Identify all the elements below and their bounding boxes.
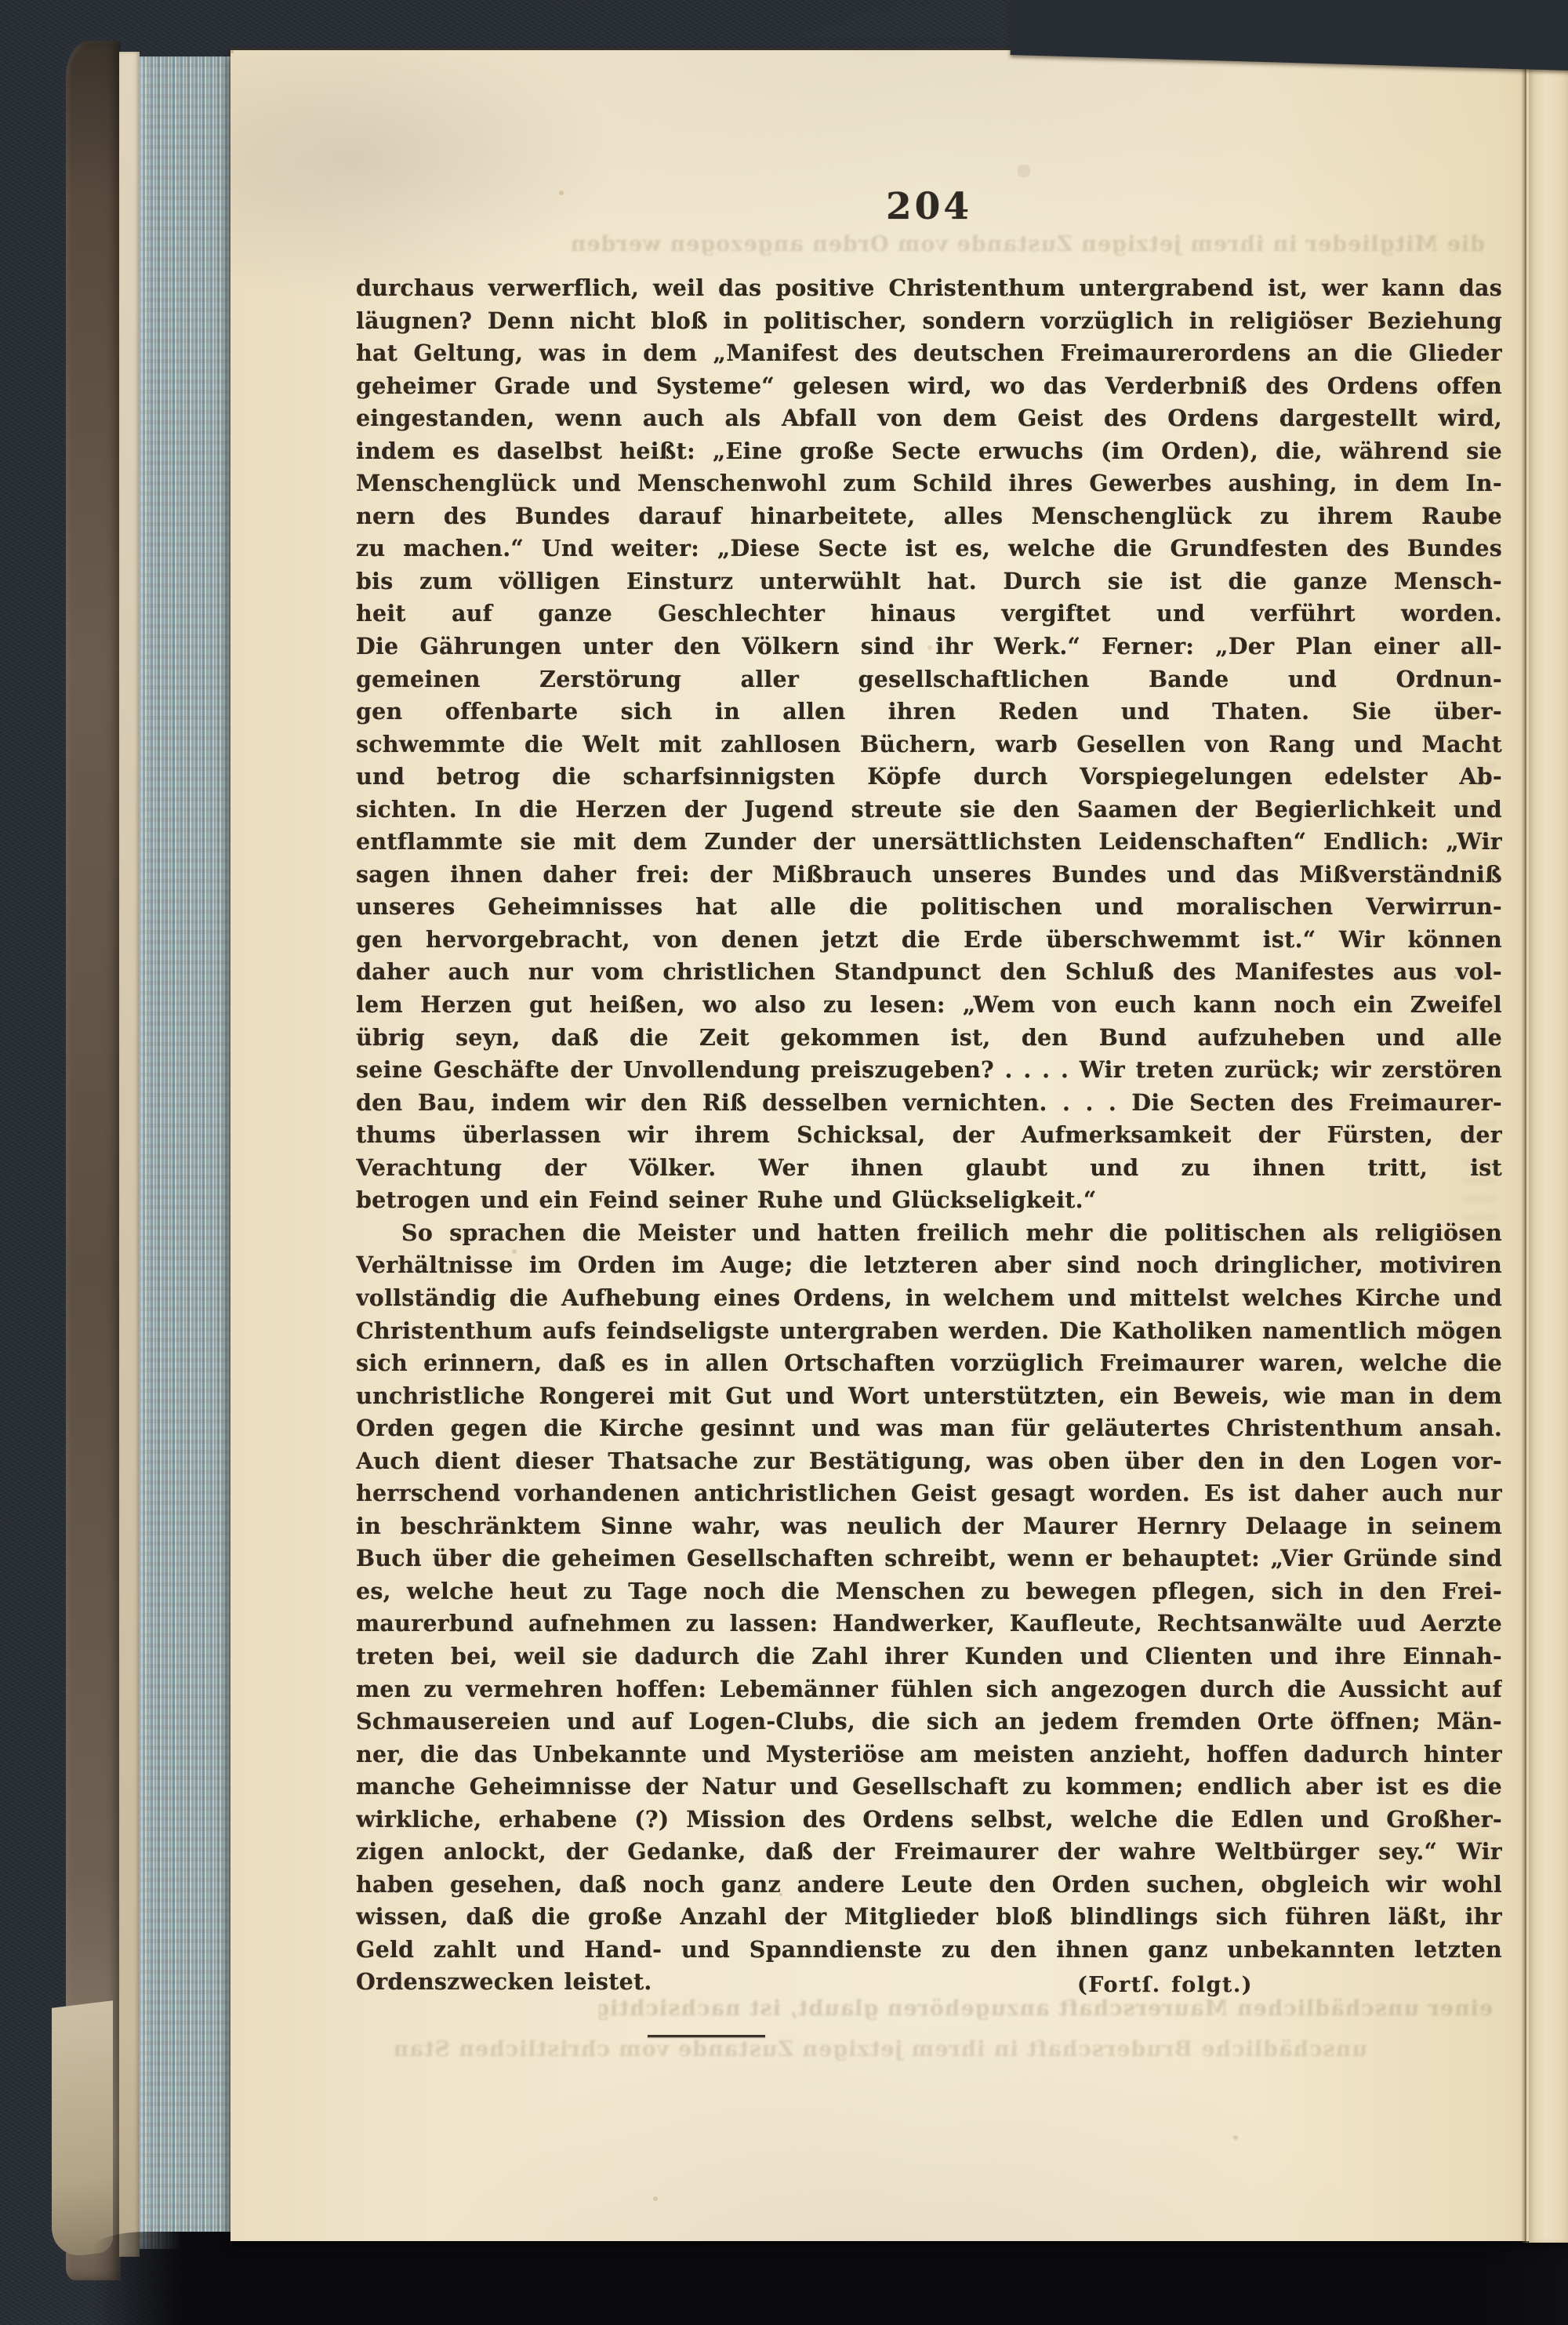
page-number: 204 (356, 185, 1502, 228)
text-line: läugnen? Denn nicht bloß in politischer,… (356, 307, 1502, 340)
page-block-edge (119, 52, 140, 2257)
page-crease (1521, 50, 1529, 2243)
text-line: zu machen.“ Und weiter: „Diese Secte ist… (356, 535, 1502, 568)
text-line: thums überlassen wir ihrem Schicksal, de… (356, 1121, 1502, 1154)
text-line: heit auf ganze Geschlechter hinaus vergi… (356, 600, 1502, 633)
text-line: in beschränktem Sinne wahr, was neulich … (356, 1513, 1502, 1546)
text-line: es, welche heut zu Tage noch die Mensche… (356, 1578, 1502, 1611)
text-line: daher auch nur vom christlichen Standpun… (356, 958, 1502, 991)
book-page: die Mitglieder in ihrem jetzigen Zustand… (230, 50, 1568, 2241)
paper-stains (230, 50, 234, 53)
text-line: gen hervorgebracht, von denen jetzt die … (356, 926, 1502, 959)
book-scan-photo: die Mitglieder in ihrem jetzigen Zustand… (0, 0, 1568, 2325)
text-line: Buch über die geheimen Gesellschaften sc… (356, 1545, 1502, 1578)
closing-text: Ordenszwecken leistet. (356, 1968, 652, 1995)
book-cover-bottom-corner (52, 2000, 113, 2259)
paragraph-1: durchaus verwerflich, weil das positive … (356, 274, 1502, 1219)
text-line: entflammte sie mit dem Zunder der unersä… (356, 828, 1502, 861)
text-line: Auch dient dieser Thatsache zur Bestätig… (356, 1448, 1502, 1480)
text-line: seine Geschäfte der Unvollendung preiszu… (356, 1056, 1502, 1089)
text-line: Verhältnisse im Orden im Auge; die letzt… (356, 1252, 1502, 1284)
text-line: ner, die das Unbekannte und Mysteriöse a… (356, 1741, 1502, 1774)
text-line: Orden gegen die Kirche gesinnt und was m… (356, 1415, 1502, 1448)
text-line: übrig seyn, daß die Zeit gekommen ist, d… (356, 1024, 1502, 1057)
text-line: Verachtung der Völker. Wer ihnen glaubt … (356, 1154, 1502, 1187)
text-line: sagen ihnen daher frei: der Mißbrauch un… (356, 861, 1502, 894)
bleedthrough-text: unschädliche Bruderschaft in ihrem jetzi… (395, 2037, 1367, 2062)
text-line: gen offenbarte sich in allen ihren Reden… (356, 698, 1502, 731)
text-line: men zu vermehren hoffen: Lebemänner fühl… (356, 1676, 1502, 1709)
text-line: geheimer Grade und Systeme“ gelesen wird… (356, 372, 1502, 405)
text-line: hat Geltung, was in dem „Manifest des de… (356, 340, 1502, 372)
text-line: haben gesehen, daß noch ganz andere Leut… (356, 1871, 1502, 1904)
text-line: eingestanden, wenn auch als Abfall von d… (356, 405, 1502, 438)
text-line: herrschend vorhandenen antichristlichen … (356, 1480, 1502, 1513)
text-line: wissen, daß die große Anzahl der Mitglie… (356, 1903, 1502, 1936)
text-line: den Bau, indem wir den Riß desselben ver… (356, 1089, 1502, 1122)
text-line: indem es daselbst heißt: „Eine große Sec… (356, 438, 1502, 470)
text-line: vollständig die Aufhebung eines Ordens, … (356, 1284, 1502, 1317)
text-line: gemeinen Zerstörung aller gesellschaftli… (356, 666, 1502, 699)
text-line: Geld zahlt und Hand- und Spanndienste zu… (356, 1936, 1502, 1969)
bleedthrough-text: einer unschädlichen Maurerschaft anzugeh… (599, 1996, 1493, 2021)
text-line: Schmausereien und auf Logen-Clubs, die s… (356, 1708, 1502, 1741)
text-line: treten bei, weil sie dadurch die Zahl ih… (356, 1643, 1502, 1676)
book-bottom-shadow (93, 2232, 1568, 2325)
section-divider-rule (648, 2035, 765, 2037)
text-line: So sprachen die Meister und hatten freil… (356, 1219, 1502, 1252)
text-line: nern des Bundes darauf hinarbeitete, all… (356, 503, 1502, 536)
text-line: wirkliche, erhabene (?) Mission des Orde… (356, 1806, 1502, 1839)
marbled-fore-edge (140, 56, 232, 2249)
text-line: Die Gährungen unter den Völkern sind ihr… (356, 633, 1502, 666)
continuation-note: (Fortſ. folgt.) (1077, 1973, 1253, 1997)
text-line: durchaus verwerflich, weil das positive … (356, 274, 1502, 307)
text-line: lem Herzen gut heißen, wo also zu lesen:… (356, 991, 1502, 1024)
text-line: sich erinnern, daß es in allen Ortschaft… (356, 1350, 1502, 1382)
book-cover-edge (66, 41, 121, 2280)
text-line: schwemmte die Welt mit zahllosen Büchern… (356, 731, 1502, 764)
adjacent-page-edge (1529, 69, 1568, 2243)
bleedthrough-text: die Mitglieder in ihrem jetzigen Zustand… (364, 232, 1485, 256)
text-line: sichten. In die Herzen der Jugend streut… (356, 796, 1502, 829)
text-line: und betrog die scharfsinnigsten Köpfe du… (356, 763, 1502, 796)
text-line: Christenthum aufs feindseligste untergra… (356, 1317, 1502, 1350)
text-line: Menschenglück und Menschenwohl zum Schil… (356, 470, 1502, 503)
text-line: maurerbund aufnehmen zu lassen: Handwerk… (356, 1610, 1502, 1643)
paragraph-2: So sprachen die Meister und hatten freil… (356, 1219, 1502, 1969)
text-line: unchristliche Rongerei mit Gut und Wort … (356, 1382, 1502, 1415)
text-line: zigen anlockt, der Gedanke, daß der Frei… (356, 1838, 1502, 1871)
text-line: manche Geheimnisse der Natur und Gesells… (356, 1773, 1502, 1806)
text-line: unseres Geheimnisses hat alle die politi… (356, 893, 1502, 926)
body-text: durchaus verwerflich, weil das positive … (356, 274, 1502, 2001)
text-line: betrogen und ein Feind seiner Ruhe und G… (356, 1186, 1502, 1219)
text-line: bis zum völligen Einsturz unterwühlt hat… (356, 568, 1502, 601)
